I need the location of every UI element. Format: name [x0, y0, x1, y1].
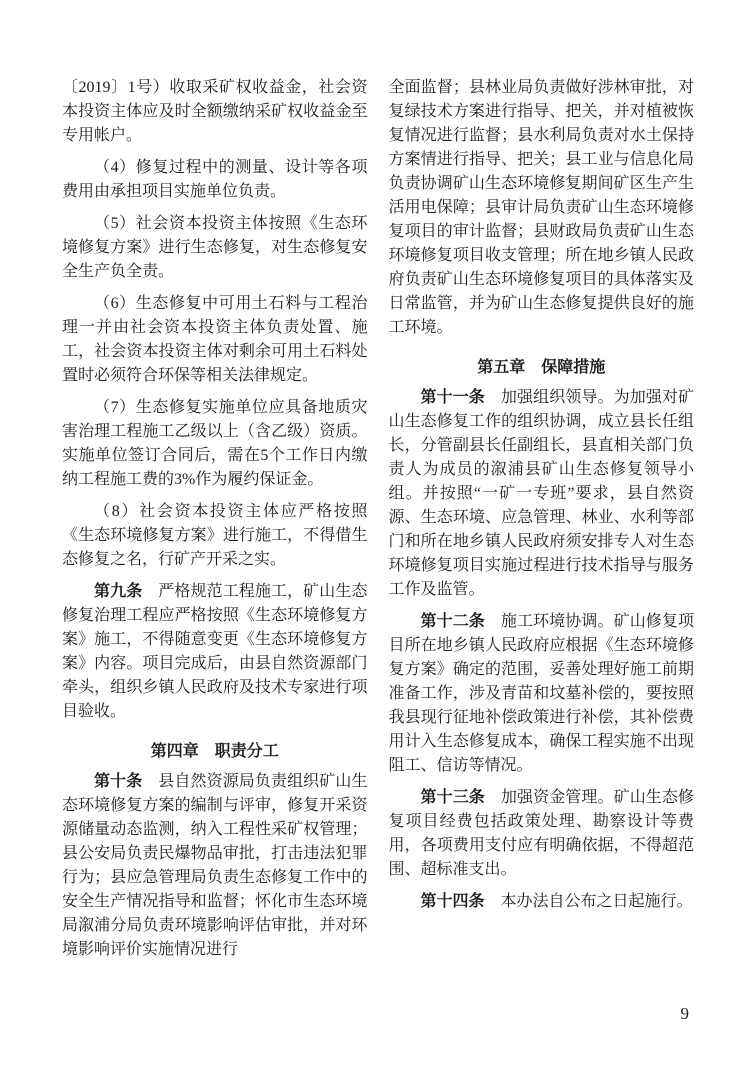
paragraph-item-6: （6）生态修复中可用土石料与工程治理一并由社会资本投资主体负责处置、施工，社会资… — [62, 292, 368, 388]
article-14-number: 第十四条 — [421, 893, 485, 910]
paragraph-item-4: （4）修复过程中的测量、设计等各项费用由承担项目实施单位负责。 — [62, 156, 368, 204]
document-page: 〔2019〕1号）收取采矿权收益金，社会资本投资主体应及时全额缴纳采矿权收益金至… — [0, 0, 755, 1077]
article-13-paragraph: 第十三条加强资金管理。矿山生态修复项目经费包括政策处理、勘察设计等费用，各项费用… — [389, 786, 695, 882]
paragraph-continuation: 〔2019〕1号）收取采矿权收益金，社会资本投资主体应及时全额缴纳采矿权收益金至… — [62, 76, 368, 148]
article-11-paragraph: 第十一条加强组织领导。为加强对矿山生态修复工作的组织协调，成立县长任组长，分管副… — [389, 386, 695, 602]
chapter-4-heading: 第四章 职责分工 — [62, 740, 368, 764]
article-10-number: 第十条 — [94, 773, 142, 790]
article-9-text: 严格规范工程施工，矿山生态修复治理工程应严格按照《生态环境修复方案》施工，不得随… — [62, 583, 368, 720]
chapter-5-heading: 第五章 保障措施 — [389, 356, 695, 380]
article-10-text: 县自然资源局负责组织矿山生态环境修复方案的编制与评审，修复开采资源储量动态监测，… — [62, 773, 368, 958]
paragraph-continuation: 全面监督；县林业局负责做好涉林审批，对复绿技术方案进行指导、把关，并对植被恢复情… — [389, 76, 695, 340]
article-9-paragraph: 第九条严格规范工程施工，矿山生态修复治理工程应严格按照《生态环境修复方案》施工，… — [62, 580, 368, 724]
paragraph-item-7: （7）生态修复实施单位应具备地质灾害治理工程施工乙级以上（含乙级）资质。实施单位… — [62, 396, 368, 492]
article-10-paragraph: 第十条县自然资源局负责组织矿山生态环境修复方案的编制与评审，修复开采资源储量动态… — [62, 770, 368, 962]
page-number: 9 — [681, 1002, 690, 1026]
article-12-text: 施工环境协调。矿山修复项目所在地乡镇人民政府应根据《生态环境修复方案》确定的范围… — [389, 613, 695, 774]
article-14-paragraph: 第十四条本办法自公布之日起施行。 — [389, 890, 695, 914]
paragraph-item-8: （8）社会资本投资主体应严格按照《生态环境修复方案》进行施工，不得借生态修复之名… — [62, 500, 368, 572]
right-column: 全面监督；县林业局负责做好涉林审批，对复绿技术方案进行指导、把关，并对植被恢复情… — [389, 76, 695, 970]
article-14-text: 本办法自公布之日起施行。 — [501, 893, 693, 910]
paragraph-item-5: （5）社会资本投资主体按照《生态环境修复方案》进行生态修复，对生态修复安全生产负… — [62, 212, 368, 284]
article-11-text: 加强组织领导。为加强对矿山生态修复工作的组织协调，成立县长任组长，分管副县长任副… — [389, 389, 695, 598]
article-13-number: 第十三条 — [421, 789, 485, 806]
article-11-number: 第十一条 — [421, 389, 485, 406]
article-12-paragraph: 第十二条施工环境协调。矿山修复项目所在地乡镇人民政府应根据《生态环境修复方案》确… — [389, 610, 695, 778]
article-9-number: 第九条 — [94, 583, 142, 600]
page-body: 〔2019〕1号）收取采矿权收益金，社会资本投资主体应及时全额缴纳采矿权收益金至… — [0, 0, 755, 970]
article-12-number: 第十二条 — [421, 613, 485, 630]
left-column: 〔2019〕1号）收取采矿权收益金，社会资本投资主体应及时全额缴纳采矿权收益金至… — [62, 76, 368, 970]
